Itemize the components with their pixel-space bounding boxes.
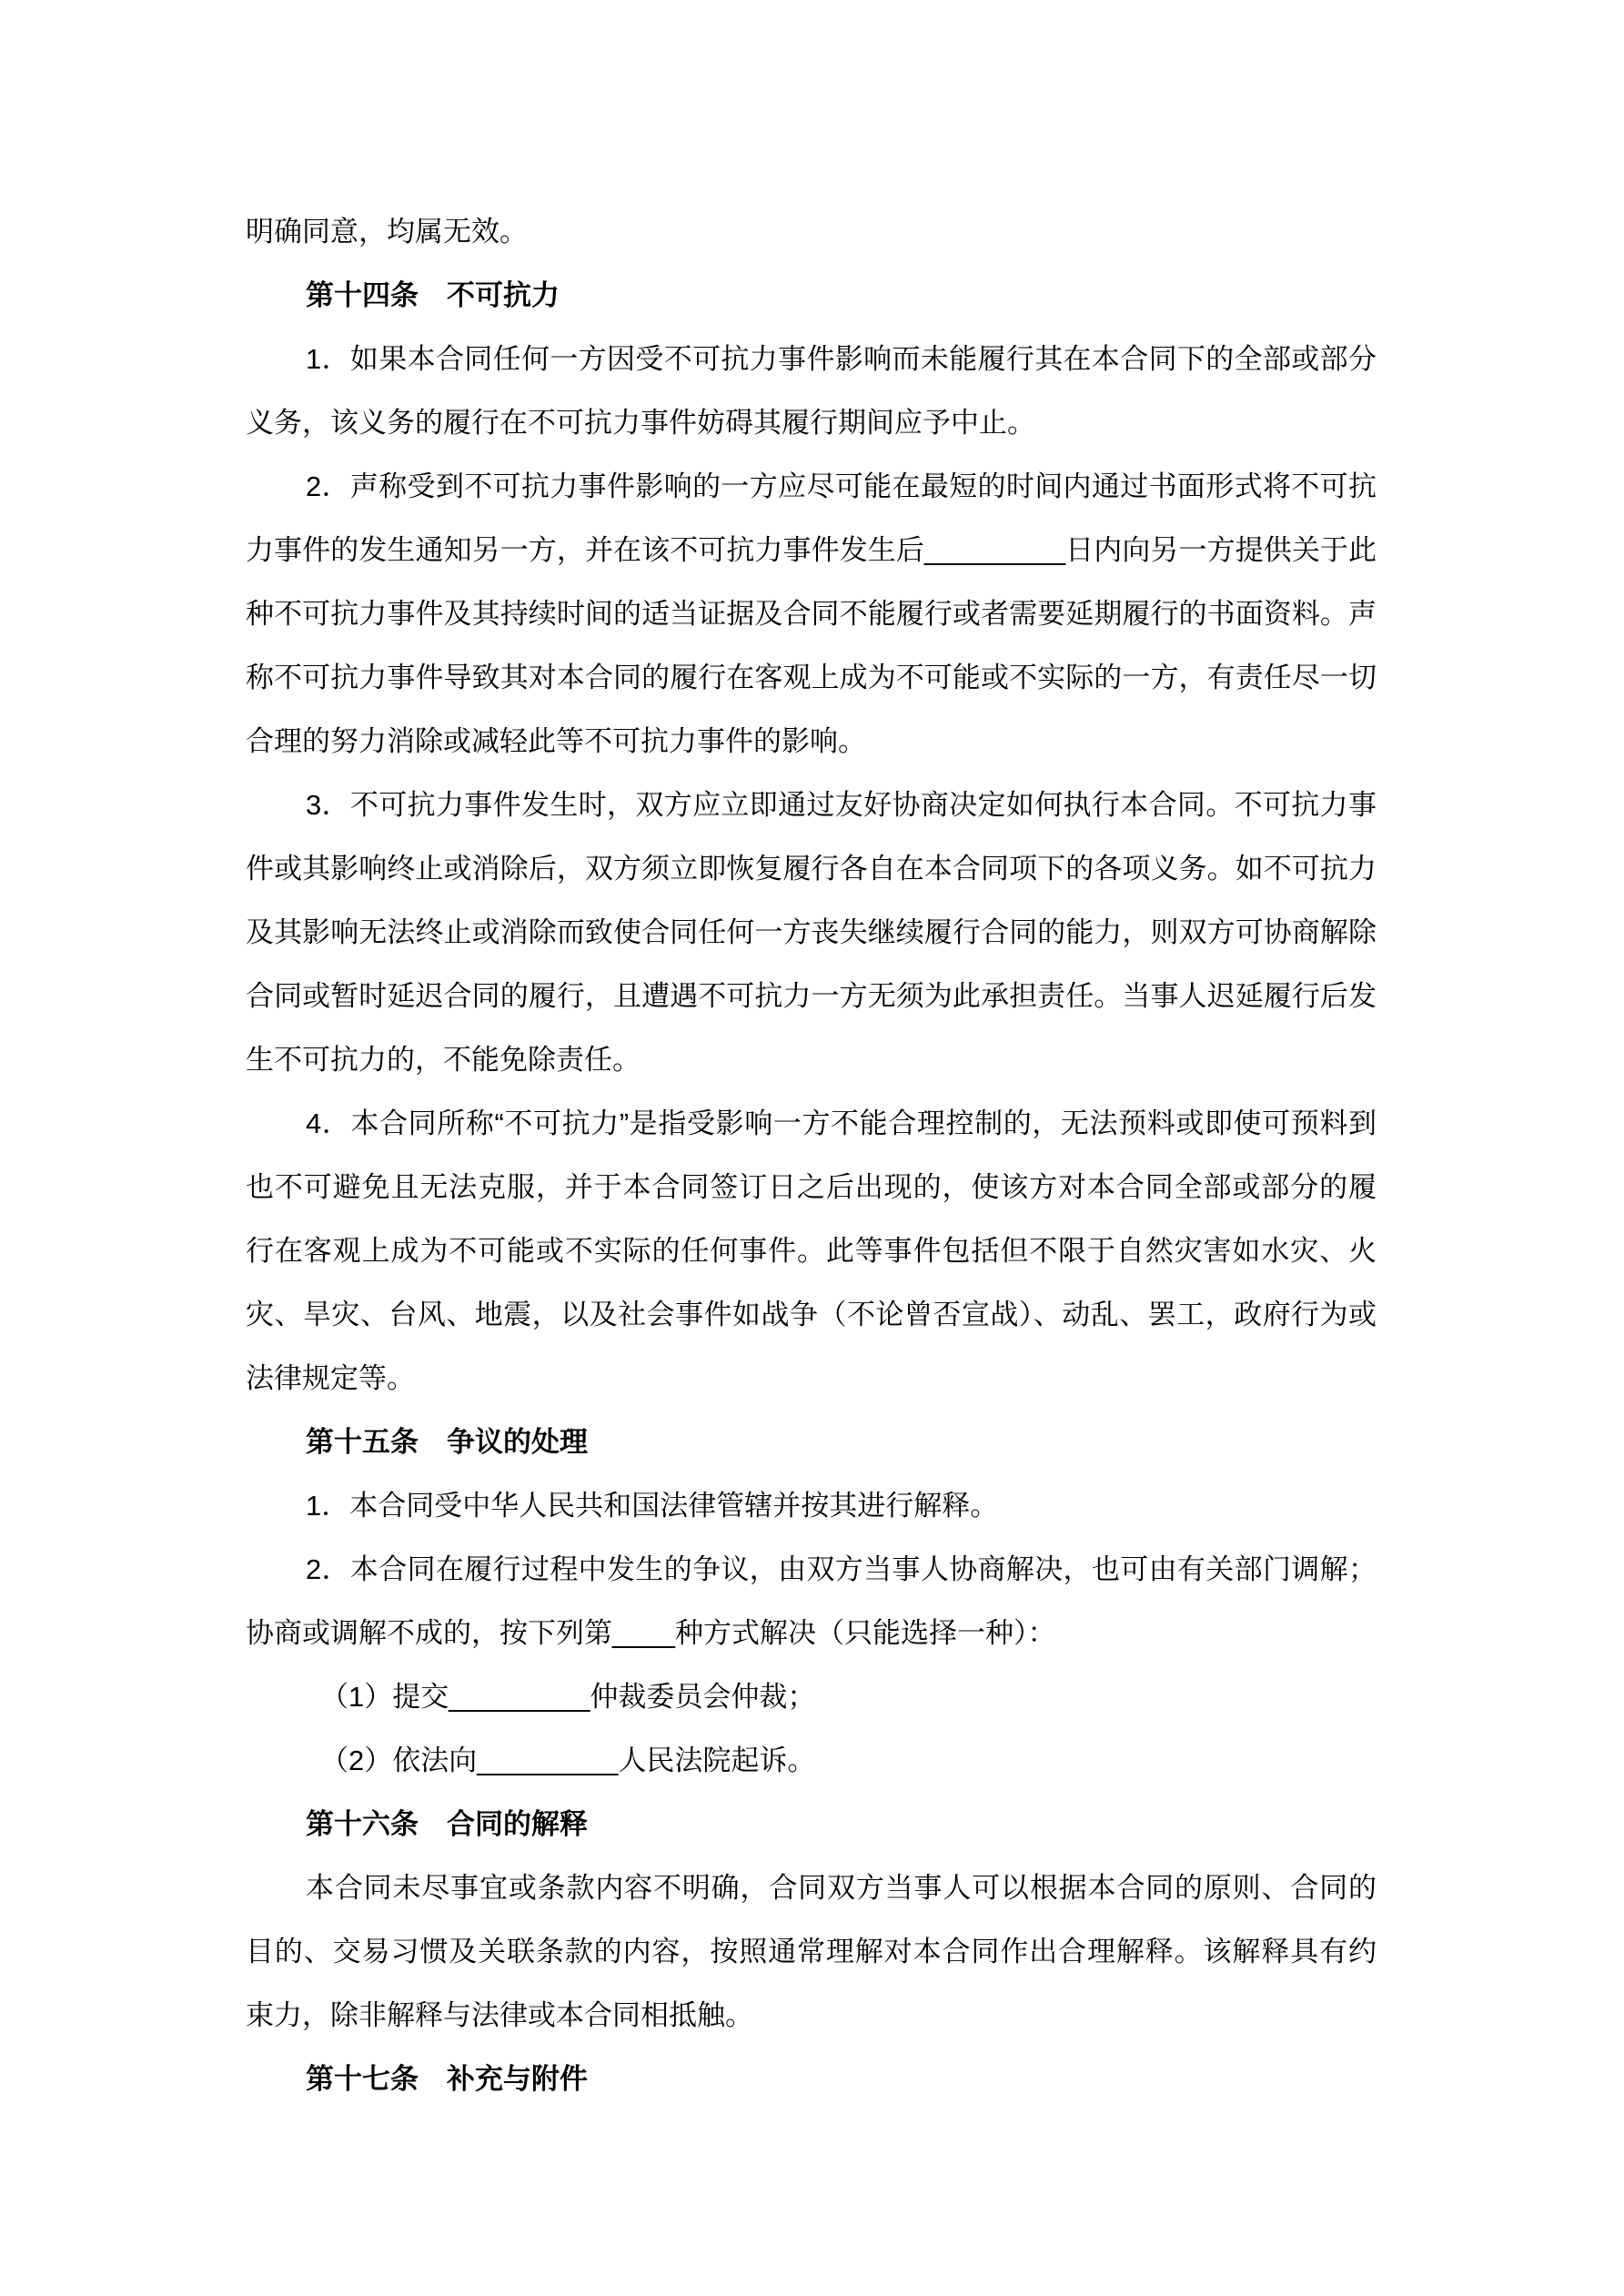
- text-line: 义务，该义务的履行在不可抗力事件妨碍其履行期间应予中止。: [246, 391, 1377, 455]
- text-line: 2．声称受到不可抗力事件影响的一方应尽可能在最短的时间内通过书面形式将不可抗: [246, 455, 1377, 519]
- clause-heading: 第十四条 不可抗力: [246, 264, 1377, 328]
- text-line: 目的、交易习惯及关联条款的内容，按照通常理解对本合同作出合理解释。该解释具有约: [246, 1920, 1377, 1984]
- text-line: 称不可抗力事件导致其对本合同的履行在客观上成为不可能或不实际的一方，有责任尽一切: [246, 646, 1377, 710]
- text-line: 3．不可抗力事件发生时，双方应立即通过友好协商决定如何执行本合同。不可抗力事: [246, 774, 1377, 837]
- text-line: 力事件的发生通知另一方，并在该不可抗力事件发生后_________日内向另一方提…: [246, 519, 1377, 582]
- text-line: 1．如果本合同任何一方因受不可抗力事件影响而未能履行其在本合同下的全部或部分: [246, 328, 1377, 391]
- clause-heading: 第十七条 补充与附件: [246, 2048, 1377, 2111]
- text-line: 合同或暂时延迟合同的履行，且遭遇不可抗力一方无须为此承担责任。当事人迟延履行后发: [246, 965, 1377, 1028]
- text-line: 1．本合同受中华人民共和国法律管辖并按其进行解释。: [246, 1474, 1377, 1538]
- text-line: 灾、旱灾、台风、地震，以及社会事件如战争（不论曾否宣战）、动乱、罢工，政府行为或: [246, 1283, 1377, 1347]
- text-line: 法律规定等。: [246, 1347, 1377, 1411]
- text-line: 种不可抗力事件及其持续时间的适当证据及合同不能履行或者需要延期履行的书面资料。声: [246, 582, 1377, 646]
- clause-heading: 第十五条 争议的处理: [246, 1411, 1377, 1474]
- text-line: 件或其影响终止或消除后，双方须立即恢复履行各自在本合同项下的各项义务。如不可抗力: [246, 837, 1377, 901]
- text-line: 合理的努力消除或减轻此等不可抗力事件的影响。: [246, 710, 1377, 774]
- text-line: 本合同未尽事宜或条款内容不明确，合同双方当事人可以根据本合同的原则、合同的: [246, 1856, 1377, 1920]
- text-line: （1）提交_________仲裁委员会仲裁；: [246, 1665, 1377, 1729]
- text-line: 束力，除非解释与法律或本合同相抵触。: [246, 1984, 1377, 2048]
- text-line: 生不可抗力的，不能免除责任。: [246, 1028, 1377, 1092]
- text-line: 及其影响无法终止或消除而致使合同任何一方丧失继续履行合同的能力，则双方可协商解除: [246, 901, 1377, 965]
- contract-page: 明确同意，均属无效。第十四条 不可抗力1．如果本合同任何一方因受不可抗力事件影响…: [0, 0, 1624, 2296]
- text-line: 明确同意，均属无效。: [246, 200, 1377, 264]
- clause-heading: 第十六条 合同的解释: [246, 1793, 1377, 1856]
- text-line: 2．本合同在履行过程中发生的争议，由双方当事人协商解决，也可由有关部门调解；: [246, 1538, 1377, 1602]
- text-line: 行在客观上成为不可能或不实际的任何事件。此等事件包括但不限于自然灾害如水灾、火: [246, 1219, 1377, 1283]
- document-body: 明确同意，均属无效。第十四条 不可抗力1．如果本合同任何一方因受不可抗力事件影响…: [246, 200, 1377, 2111]
- text-line: 也不可避免且无法克服，并于本合同签订日之后出现的，使该方对本合同全部或部分的履: [246, 1156, 1377, 1219]
- text-line: 协商或调解不成的，按下列第____种方式解决（只能选择一种）：: [246, 1602, 1377, 1665]
- text-line: （2）依法向_________人民法院起诉。: [246, 1729, 1377, 1793]
- text-line: 4．本合同所称“不可抗力”是指受影响一方不能合理控制的，无法预料或即使可预料到: [246, 1092, 1377, 1156]
